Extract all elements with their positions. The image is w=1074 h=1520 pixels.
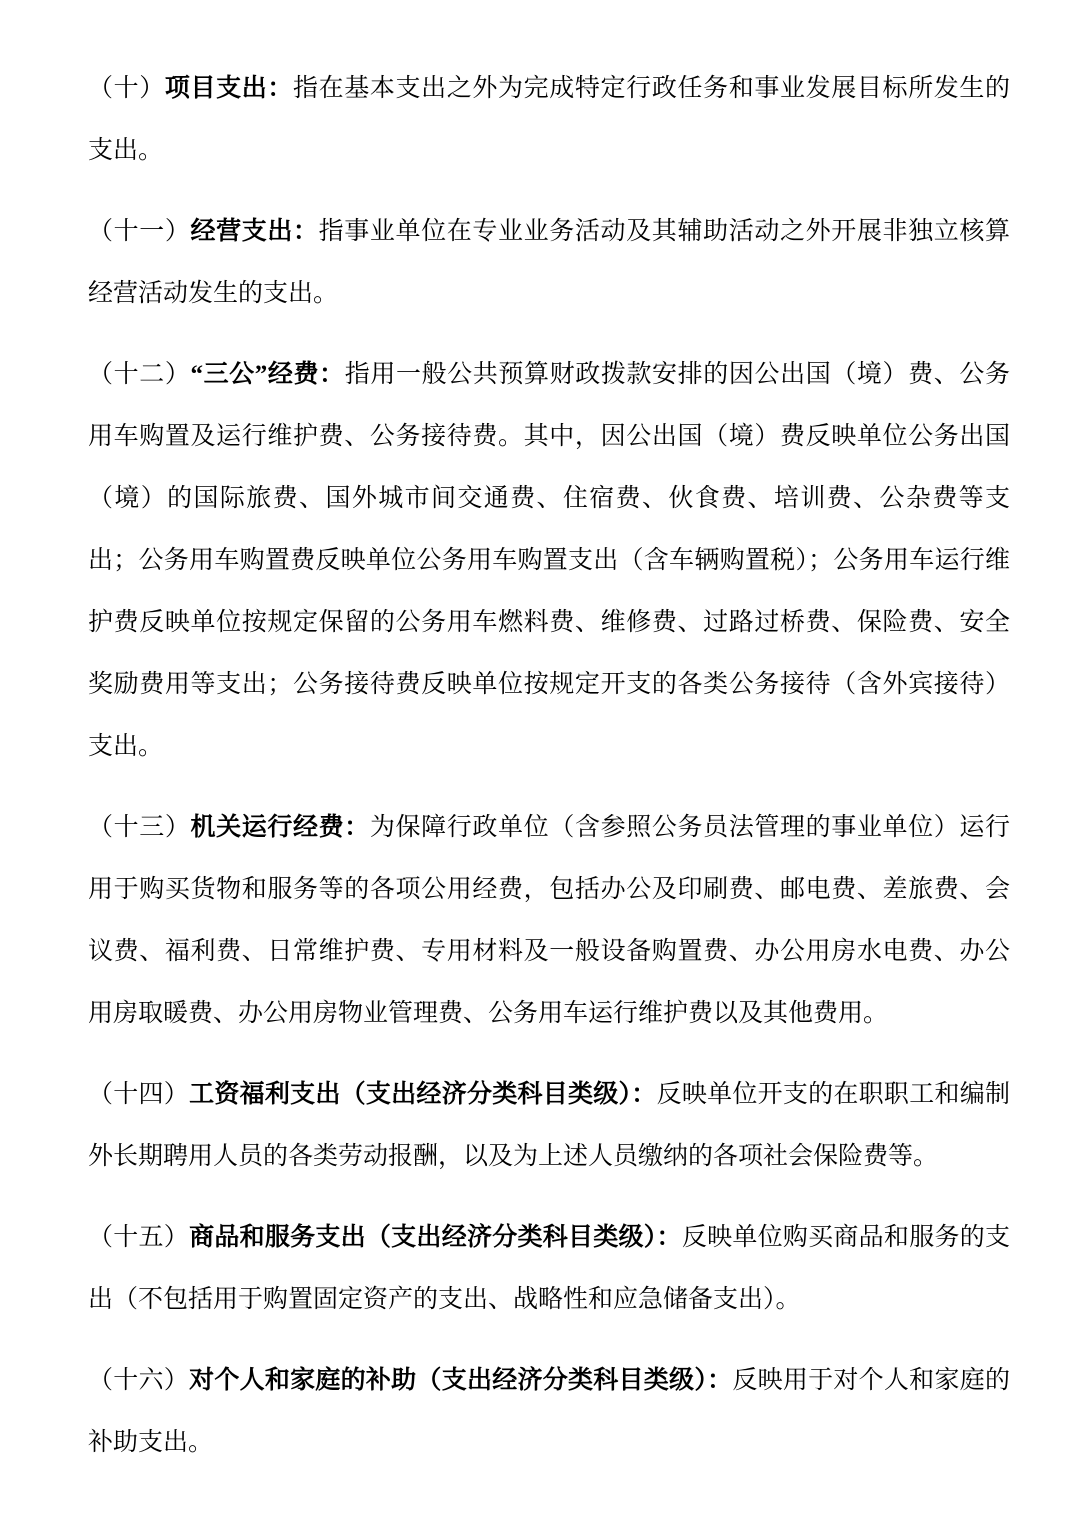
item-number: （十二） xyxy=(88,361,190,388)
paragraph-item-10: （十）项目支出：指在基本支出之外为完成特定行政任务和事业发展目标所发生的支出。 xyxy=(88,58,1010,182)
item-term: 工资福利支出（支出经济分类科目类级）： xyxy=(189,1081,657,1108)
item-number: （十三） xyxy=(88,814,191,841)
paragraph-item-11: （十一）经营支出：指事业单位在专业业务活动及其辅助活动之外开展非独立核算经营活动… xyxy=(88,201,1010,325)
item-term: 项目支出： xyxy=(165,75,293,102)
paragraph-item-16: （十六）对个人和家庭的补助（支出经济分类科目类级）：反映用于对个人和家庭的补助支… xyxy=(88,1350,1010,1474)
item-number: （十六） xyxy=(88,1367,189,1394)
item-number: （十） xyxy=(88,75,165,102)
item-body: 为保障行政单位（含参照公务员法管理的事业单位）运行用于购买货物和服务等的各项公用… xyxy=(88,814,1010,1027)
item-term: 经营支出： xyxy=(191,218,319,245)
item-term: “三公”经费： xyxy=(190,361,344,388)
paragraph-item-12: （十二）“三公”经费：指用一般公共预算财政拨款安排的因公出国（境）费、公务用车购… xyxy=(88,344,1010,778)
item-term: 对个人和家庭的补助（支出经济分类科目类级）： xyxy=(189,1367,732,1394)
paragraph-item-14: （十四）工资福利支出（支出经济分类科目类级）：反映单位开支的在职职工和编制外长期… xyxy=(88,1064,1010,1188)
item-body: 指用一般公共预算财政拨款安排的因公出国（境）费、公务用车购置及运行维护费、公务接… xyxy=(88,361,1010,760)
paragraph-item-13: （十三）机关运行经费：为保障行政单位（含参照公务员法管理的事业单位）运行用于购买… xyxy=(88,797,1010,1045)
item-number: （十五） xyxy=(88,1224,189,1251)
item-term: 机关运行经费： xyxy=(191,814,370,841)
paragraph-item-15: （十五）商品和服务支出（支出经济分类科目类级）：反映单位购买商品和服务的支出（不… xyxy=(88,1207,1010,1331)
item-number: （十四） xyxy=(88,1081,189,1108)
item-term: 商品和服务支出（支出经济分类科目类级）： xyxy=(189,1224,682,1251)
item-number: （十一） xyxy=(88,218,191,245)
document-page: （十）项目支出：指在基本支出之外为完成特定行政任务和事业发展目标所发生的支出。 … xyxy=(0,0,1074,1520)
